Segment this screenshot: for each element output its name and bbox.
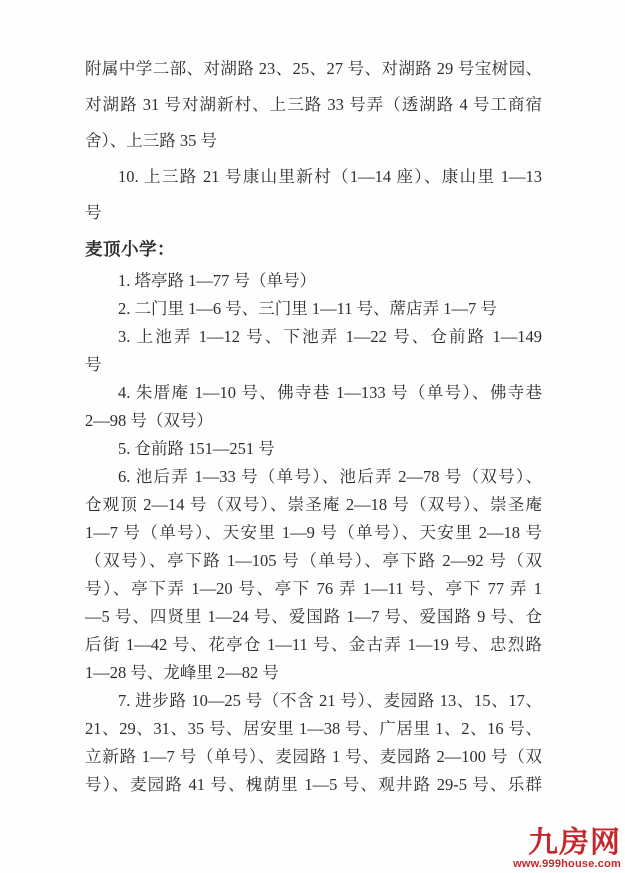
- text-line: 1. 塔亭路 1—77 号（单号）: [85, 267, 542, 295]
- text-line: 号: [85, 195, 542, 231]
- site-logo-text: 九房网: [491, 828, 621, 857]
- document-page: 附属中学二部、对湖路 23、25、27 号、对湖路 29 号宝树园、对湖路 31…: [0, 0, 625, 873]
- text-line: 号: [85, 351, 542, 379]
- text-line: 6. 池后弄 1—33 号（单号）、池后弄 2—78 号（双号）、: [85, 463, 542, 491]
- text-line: 号）、亭下弄 1—20 号、亭下 76 弄 1—11 号、亭下 77 弄 1: [85, 575, 542, 603]
- text-line: 1—28 号、龙峰里 2—82 号: [85, 659, 542, 687]
- text-line: 舍）、上三路 35 号: [85, 123, 542, 159]
- text-line: 后街 1—42 号、花亭仓 1—11 号、金古弄 1—19 号、忠烈路: [85, 631, 542, 659]
- text-line: —5 号、四贤里 1—24 号、爱国路 1—7 号、爱国路 9 号、仓: [85, 603, 542, 631]
- text-line: 7. 进步路 10—25 号（不含 21 号）、麦园路 13、15、17、: [85, 687, 542, 715]
- text-line: 5. 仓前路 151—251 号: [85, 435, 542, 463]
- text-line: 附属中学二部、对湖路 23、25、27 号、对湖路 29 号宝树园、: [85, 51, 542, 87]
- text-line: 21、29、31、35 号、居安里 1—38 号、广居里 1、2、16 号、: [85, 715, 542, 743]
- watermark-logo: 九房网 www.999house.com: [491, 828, 621, 871]
- text-line: 立新路 1—7 号（单号）、麦园路 1 号、麦园路 2—100 号（双: [85, 743, 542, 771]
- section-heading: 麦顶小学：: [85, 231, 542, 267]
- text-line: 对湖路 31 号对湖新村、上三路 33 号弄（透湖路 4 号工商宿: [85, 87, 542, 123]
- text-line: 2—98 号（双号）: [85, 407, 542, 435]
- text-line: 1—7 号（单号）、天安里 1—9 号（单号）、天安里 2—18 号: [85, 519, 542, 547]
- document-text-block: 附属中学二部、对湖路 23、25、27 号、对湖路 29 号宝树园、对湖路 31…: [85, 51, 542, 799]
- text-line: 3. 上池弄 1—12 号、下池弄 1—22 号、仓前路 1—149: [85, 323, 542, 351]
- text-line: 10. 上三路 21 号康山里新村（1—14 座）、康山里 1—13: [85, 159, 542, 195]
- text-line: 仓观顶 2—14 号（双号）、崇圣庵 2—18 号（双号）、崇圣庵: [85, 491, 542, 519]
- text-line: 2. 二门里 1—6 号、三门里 1—11 号、蓆店弄 1—7 号: [85, 295, 542, 323]
- text-line: 号）、麦园路 41 号、槐荫里 1—5 号、观井路 29-5 号、乐群: [85, 771, 542, 799]
- text-line: 4. 朱厝庵 1—10 号、佛寺巷 1—133 号（单号）、佛寺巷: [85, 379, 542, 407]
- text-line: （双号）、亭下路 1—105 号（单号）、亭下路 2—92 号（双: [85, 547, 542, 575]
- site-url-text: www.999house.com: [491, 858, 621, 871]
